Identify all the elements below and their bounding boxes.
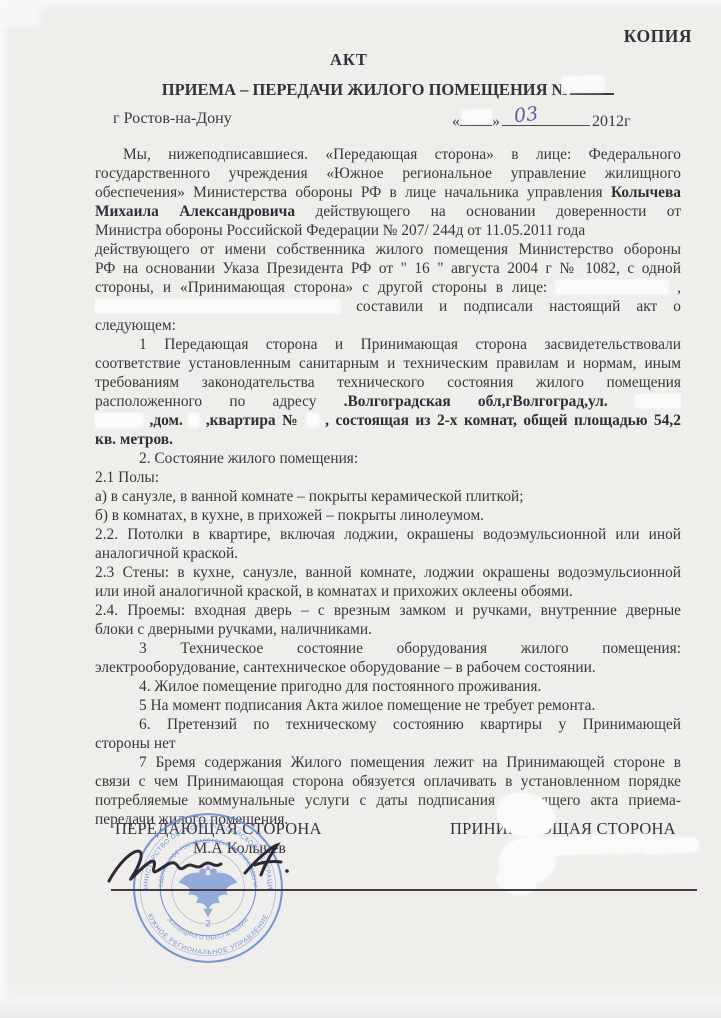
document-line: б) в комнатах, в кухне, в прихожей – пок… [95, 507, 681, 526]
bold-text-segment: , состоящая из 2-х комнат, общей площадь… [325, 412, 681, 429]
whiteout-patch [635, 394, 681, 408]
text-segment: Министра обороны Российской Федерации № … [95, 222, 585, 239]
text-segment: 3 Техническое состояние оборудования жил… [139, 640, 681, 657]
scanned-document-page: КОПИЯ АКТ ПРИЕМА – ПЕРЕДАЧИ ЖИЛОГО ПОМЕЩ… [0, 0, 721, 1018]
scan-corner-artifact [0, 0, 40, 26]
whiteout-patch [95, 299, 340, 313]
text-segment: обеспечения» Министерства обороны РФ в л… [95, 184, 603, 201]
document-line: РФ на основании Указа Президента РФ от "… [95, 260, 681, 279]
text-segment: РФ на основании Указа Президента РФ от "… [95, 260, 681, 277]
signature-scrawl [105, 835, 315, 897]
body-lines: Мы, нижеподписавшиеся. «Передающая сторо… [95, 146, 681, 830]
document-line: следующем: [95, 317, 681, 336]
whiteout-patch [462, 109, 493, 124]
text-segment: 4. Жилое помещение пригодно для постоянн… [139, 678, 541, 695]
stamp-number: 2 [205, 919, 210, 929]
year-label: 2012г [592, 113, 631, 130]
document-line: ,дом. ,квартира № , состоящая из 2-х ком… [95, 412, 681, 431]
document-line: 2.1 Полы: [95, 469, 681, 488]
handwritten-month: 03 [513, 103, 540, 128]
text-segment: требованиям законодательства техническог… [95, 374, 681, 391]
scan-edge-bottom [0, 984, 721, 1018]
document-line: требованиям законодательства техническог… [95, 374, 681, 393]
day-blank-underline [460, 110, 492, 126]
bold-text-segment: Михаила Александровича [95, 203, 295, 220]
document-line: блоки с дверными ручками, наличниками. [95, 621, 681, 640]
document-line: Министра обороны Российской Федерации № … [95, 222, 681, 241]
text-segment: 5 На момент подписания Акта жилое помеще… [139, 697, 595, 714]
text-segment: действующего на основании доверенности о… [315, 203, 681, 220]
text-segment: аналогичной краской. [95, 545, 238, 562]
text-segment: расположенного по адресу [95, 393, 316, 410]
document-line: электрооборудование, сантехническое обор… [95, 659, 681, 678]
document-line: Мы, нижеподписавшиеся. «Передающая сторо… [95, 146, 681, 165]
document-line: Михаила Александровича действующего на о… [95, 203, 681, 222]
text-segment: стороны, и «Принимающая сторона» с друго… [95, 279, 547, 296]
text-segment: 2. Состояние жилого помещения: [139, 450, 358, 467]
document-line: 2. Состояние жилого помещения: [95, 450, 681, 469]
bold-text-segment: кв. метров. [95, 431, 173, 448]
text-segment: связи с чем Принимающая сторона обязуетс… [95, 773, 681, 790]
text-segment: 2.1 Полы: [95, 469, 159, 486]
date-line: «»032012г [452, 110, 631, 131]
scan-edge-left [0, 0, 9, 1018]
text-segment: потребляемые коммунальные услуги с даты … [95, 792, 681, 809]
document-line: 3 Техническое состояние оборудования жил… [95, 640, 681, 659]
document-line: аналогичной краской. [95, 545, 681, 564]
document-line: связи с чем Принимающая сторона обязуетс… [95, 773, 681, 792]
document-line: 7 Бремя содержания Жилого помещения лежи… [95, 754, 681, 773]
document-line: действующего от имени собственника жилог… [95, 241, 681, 260]
document-line: обеспечения» Министерства обороны РФ в л… [95, 184, 681, 203]
document-line: соответствие установленным санитарным и … [95, 355, 681, 374]
bold-text-segment: Колычева [611, 184, 681, 201]
close-quote: » [492, 113, 500, 130]
document-line: 2.2. Потолки в квартире, включая лоджии,… [95, 526, 681, 545]
document-line: стороны нет [95, 735, 681, 754]
document-line: расположенного по адресу .Волгоградская … [95, 393, 681, 412]
document-title: ПРИЕМА – ПЕРЕДАЧИ ЖИЛОГО ПОМЕЩЕНИЯ № [95, 79, 681, 100]
copy-stamp-label: КОПИЯ [624, 26, 692, 47]
text-segment: 7 Бремя содержания Жилого помещения лежи… [139, 754, 681, 771]
signature-line [111, 889, 697, 891]
document-line: или иной аналогичной краской, в комнатах… [95, 583, 681, 602]
document-line: составили и подписали настоящий акт о [95, 298, 681, 317]
whiteout-blob [641, 837, 700, 854]
document-line: 2.4. Проемы: входная дверь – с врезным з… [95, 602, 681, 621]
text-segment: стороны нет [95, 735, 176, 752]
document-line: государственного учреждения «Южное регио… [95, 165, 681, 184]
document-line: 4. Жилое помещение пригодно для постоянн… [95, 678, 681, 697]
document-line: 6. Претензий по техническому состоянию к… [95, 716, 681, 735]
whiteout-patch [189, 413, 199, 427]
whiteout-blob [527, 834, 657, 855]
city-label: г Ростов-на-Дону [113, 110, 232, 128]
document-title-text: ПРИЕМА – ПЕРЕДАЧИ ЖИЛОГО ПОМЕЩЕНИЯ № [162, 80, 568, 99]
text-segment: блоки с дверными ручками, наличниками. [95, 621, 372, 638]
document-line: стороны, и «Принимающая сторона» с друго… [95, 279, 681, 298]
document-number-underline [570, 79, 614, 95]
document-line: кв. метров. [95, 431, 681, 450]
text-segment: а) в санузле, в ванной комнате – покрыты… [95, 488, 524, 505]
document-line: 2.3 Стены: в кухне, санузле, ванной комн… [95, 564, 681, 583]
open-quote: « [452, 113, 460, 130]
document-line: 1 Передающая сторона и Принимающая сторо… [95, 336, 681, 355]
text-segment: 2.2. Потолки в квартире, включая лоджии,… [95, 526, 681, 543]
text-segment: б) в комнатах, в кухне, в прихожей – пок… [95, 507, 484, 524]
whiteout-patch [95, 413, 143, 427]
text-segment: составили и подписали настоящий акт о [356, 298, 681, 315]
whiteout-patch [307, 413, 319, 427]
whiteout-patch [556, 280, 668, 294]
text-segment: следующем: [95, 317, 176, 334]
document-line: а) в санузле, в ванной комнате – покрыты… [95, 488, 681, 507]
bold-text-segment: ,квартира № [206, 412, 300, 429]
text-segment: Мы, нижеподписавшиеся. «Передающая сторо… [123, 146, 681, 163]
document-line: 5 На момент подписания Акта жилое помеще… [95, 697, 681, 716]
text-segment: , [677, 279, 681, 296]
whiteout-patch [562, 75, 605, 92]
text-segment: соответствие установленным санитарным и … [95, 355, 681, 372]
text-segment: 1 Передающая сторона и Принимающая сторо… [139, 336, 681, 353]
text-segment: действующего от имени собственника жилог… [95, 241, 681, 258]
text-segment: электрооборудование, сантехническое обор… [95, 659, 596, 676]
bold-text-segment: ,дом. [149, 412, 182, 429]
text-segment: или иной аналогичной краской, в комнатах… [95, 583, 573, 600]
text-segment: 2.4. Проемы: входная дверь – с врезным з… [95, 602, 681, 619]
month-underline: 03 [502, 110, 590, 126]
act-heading: АКТ [330, 50, 368, 70]
bold-text-segment: .Волгоградская обл,гВолгоград,ул. [344, 393, 608, 410]
document-line: потребляемые коммунальные услуги с даты … [95, 792, 681, 811]
text-segment: 2.3 Стены: в кухне, санузле, ванной комн… [95, 564, 681, 581]
text-segment: государственного учреждения «Южное регио… [95, 165, 681, 182]
scan-edge-top [0, 0, 721, 12]
text-segment: 6. Претензий по техническому состоянию к… [139, 716, 681, 733]
